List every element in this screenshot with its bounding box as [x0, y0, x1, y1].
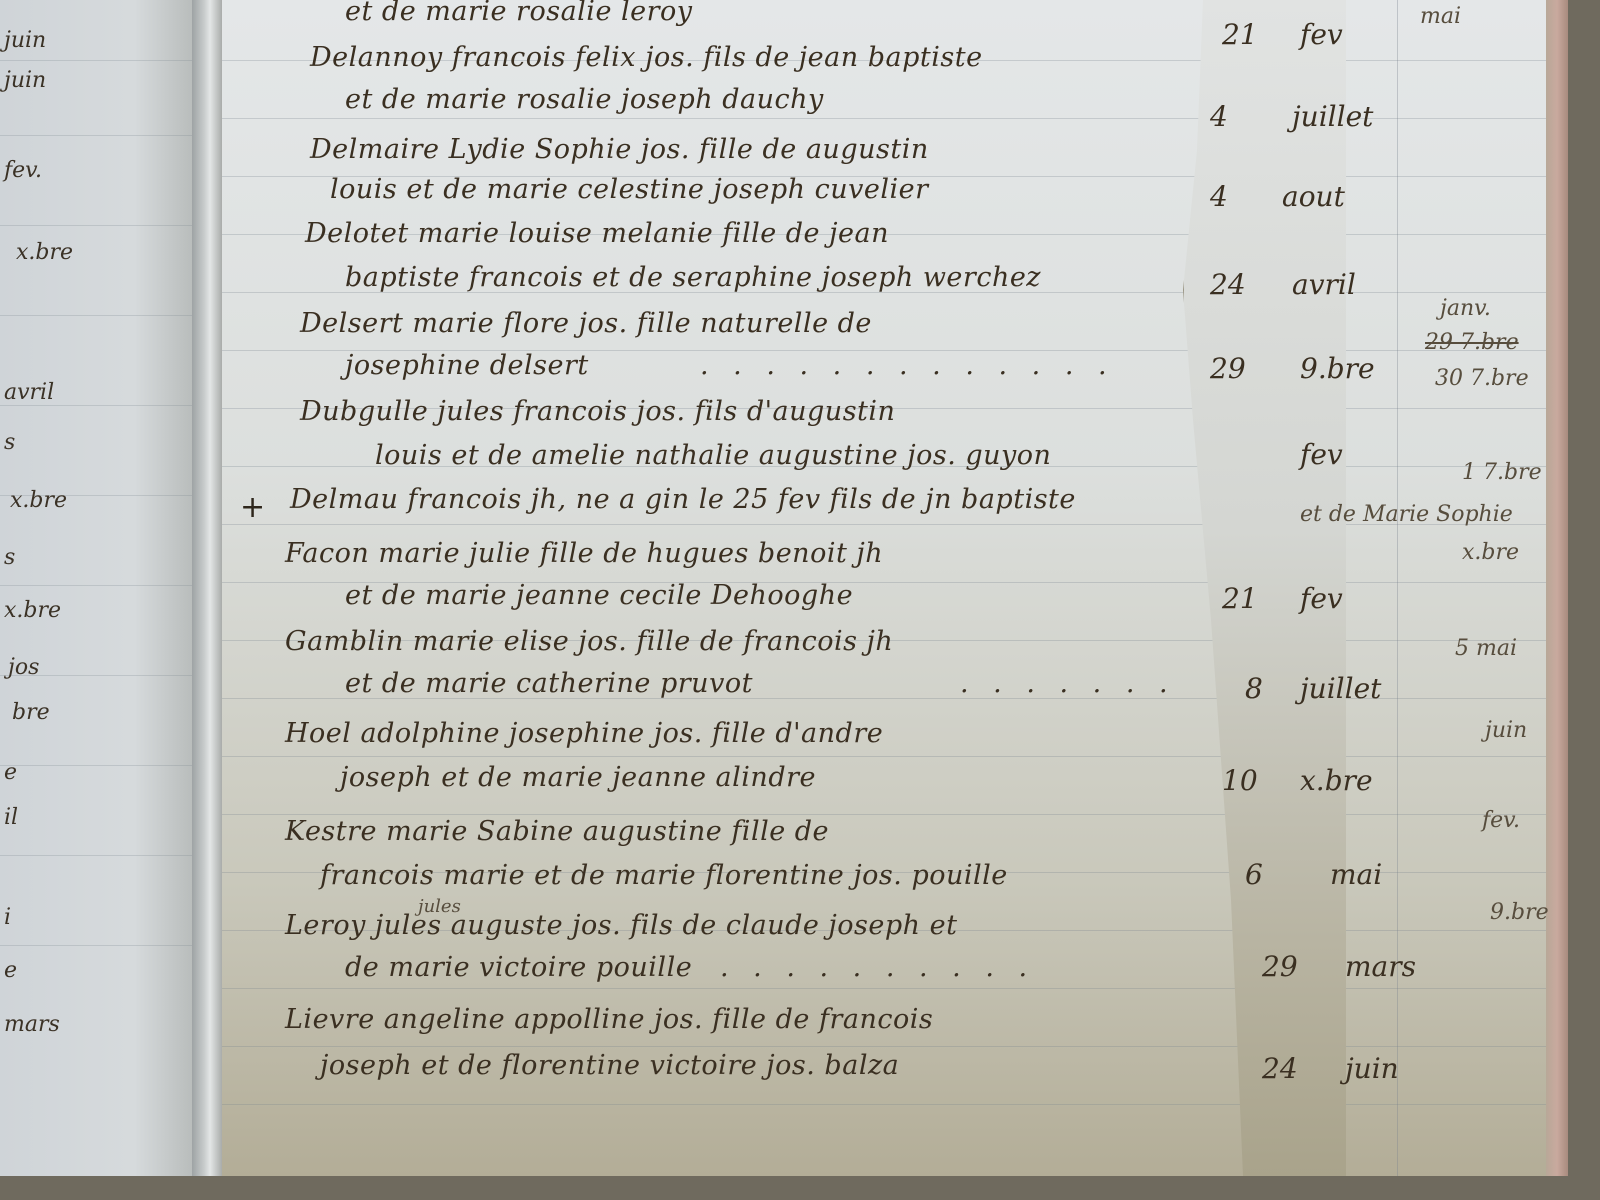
left-margin-word: mars	[4, 1012, 60, 1037]
entry-month: avril	[1292, 268, 1356, 301]
rule-line	[0, 225, 192, 226]
entry-line: baptiste francois et de seraphine joseph…	[345, 262, 1041, 293]
rule-line	[222, 1046, 1568, 1047]
entry-line: Delsert marie flore jos. fille naturelle…	[300, 308, 872, 339]
rule-line	[222, 814, 1568, 815]
aside-note: juin	[1485, 718, 1527, 743]
left-margin-word: juin	[4, 68, 46, 93]
entry-month: aout	[1282, 180, 1345, 213]
left-margin-word: fev.	[4, 158, 42, 183]
aside-note-struck: 29 7.bre	[1425, 330, 1519, 355]
rule-line	[222, 988, 1568, 989]
left-margin-word: il	[4, 805, 18, 830]
entry-month: mai	[1330, 858, 1382, 891]
entry-day: 29	[1210, 352, 1246, 385]
entry-line: Delannoy francois felix jos. fils de jea…	[310, 42, 983, 73]
left-margin-word: jos	[8, 655, 39, 680]
entry-annotation: et de Marie Sophie	[1300, 502, 1513, 527]
entry-line: Gamblin marie elise jos. fille de franco…	[285, 626, 893, 657]
left-margin-word: juin	[4, 28, 46, 53]
entry-line: Lievre angeline appolline jos. fille de …	[285, 1004, 933, 1035]
rule-line	[0, 945, 192, 946]
margin-cross-mark: +	[240, 490, 265, 525]
entry-month: 9.bre	[1300, 352, 1375, 385]
left-margin-word: i	[4, 905, 11, 930]
entry-line: joseph et de florentine victoire jos. ba…	[320, 1050, 899, 1081]
rule-line	[0, 405, 192, 406]
entry-month: x.bre	[1300, 764, 1373, 797]
aside-note: 5 mai	[1455, 636, 1517, 661]
left-margin-word: e	[4, 958, 17, 983]
entry-day: 29	[1262, 950, 1298, 983]
dot-leader: . . . . . . . . . . . . .	[700, 350, 1115, 381]
entry-line: et de marie jeanne cecile Dehooghe	[345, 580, 853, 611]
entry-day: 21	[1222, 18, 1258, 51]
entry-month: mars	[1345, 950, 1416, 983]
rule-line	[0, 855, 192, 856]
column-rule-month	[1397, 0, 1398, 1176]
rule-line	[0, 765, 192, 766]
rule-line	[222, 1104, 1568, 1105]
entry-line: et de marie catherine pruvot	[345, 668, 753, 699]
entry-line: Delotet marie louise melanie fille de je…	[305, 218, 889, 249]
aside-note: 9.bre	[1490, 900, 1549, 925]
aside-note: x.bre	[1462, 540, 1519, 565]
entry-line: louis et de amelie nathalie augustine jo…	[375, 440, 1051, 471]
entry-line: Kestre marie Sabine augustine fille de	[285, 816, 829, 847]
left-margin-word: bre	[12, 700, 50, 725]
entry-day: 24	[1262, 1052, 1298, 1085]
entry-line: Hoel adolphine josephine jos. fille d'an…	[285, 718, 883, 749]
left-margin-word: x.bre	[16, 240, 73, 265]
left-margin-word: e	[4, 760, 17, 785]
entry-month: juillet	[1292, 100, 1373, 133]
left-page: juin juin fev. x.bre avril s x.bre s x.b…	[0, 0, 193, 1176]
left-margin-word: avril	[4, 380, 54, 405]
entry-day: 24	[1210, 268, 1246, 301]
aside-note: janv.	[1440, 296, 1491, 321]
rule-line	[222, 756, 1568, 757]
entry-day: 21	[1222, 582, 1258, 615]
entry-line: Delmau francois jh, ne a gin le 25 fev f…	[290, 484, 1076, 515]
aside-note: 30 7.bre	[1435, 366, 1529, 391]
entry-line: Delmaire Lydie Sophie jos. fille de augu…	[310, 134, 929, 165]
left-margin-word: x.bre	[4, 598, 61, 623]
entry-line: josephine delsert	[345, 350, 589, 381]
entry-line: Leroy jules auguste jos. fils de claude …	[285, 910, 957, 941]
left-margin-word: s	[4, 545, 15, 570]
aside-note: fev.	[1482, 808, 1520, 833]
left-margin-word: s	[4, 430, 15, 455]
dot-leader: . . . . . . . . . .	[720, 952, 1035, 983]
aside-note: mai	[1420, 4, 1461, 29]
entry-line: Facon marie julie fille de hugues benoit…	[285, 538, 883, 569]
entry-month: juillet	[1300, 672, 1381, 705]
entry-month: fev	[1300, 438, 1343, 471]
entry-day: 8	[1245, 672, 1263, 705]
book-gutter	[192, 0, 222, 1176]
entry-line: de marie victoire pouille	[345, 952, 692, 983]
entry-line: louis et de marie celestine joseph cuvel…	[330, 174, 929, 205]
rule-line	[0, 60, 192, 61]
entry-day: 6	[1245, 858, 1263, 891]
left-margin-word: x.bre	[10, 488, 67, 513]
book-cover-edge	[1546, 0, 1568, 1176]
entry-day: 10	[1222, 764, 1258, 797]
entry-line: joseph et de marie jeanne alindre	[340, 762, 816, 793]
aside-note: 1 7.bre	[1462, 460, 1542, 485]
rule-line	[0, 315, 192, 316]
rule-line	[0, 135, 192, 136]
entry-month: fev	[1300, 18, 1343, 51]
entry-line: Dubgulle jules francois jos. fils d'augu…	[300, 396, 895, 427]
dot-leader: . . . . . . .	[960, 668, 1176, 699]
register-photo: juin juin fev. x.bre avril s x.bre s x.b…	[0, 0, 1568, 1176]
entry-line: francois marie et de marie florentine jo…	[320, 860, 1008, 891]
rule-line	[0, 585, 192, 586]
entry-day: 4	[1210, 100, 1228, 133]
entry-day: 4	[1210, 180, 1228, 213]
entry-month: juin	[1345, 1052, 1399, 1085]
entry-month: fev	[1300, 582, 1343, 615]
entry-line: et de marie rosalie joseph dauchy	[345, 84, 824, 115]
entry-line: et de marie rosalie leroy	[345, 0, 693, 27]
